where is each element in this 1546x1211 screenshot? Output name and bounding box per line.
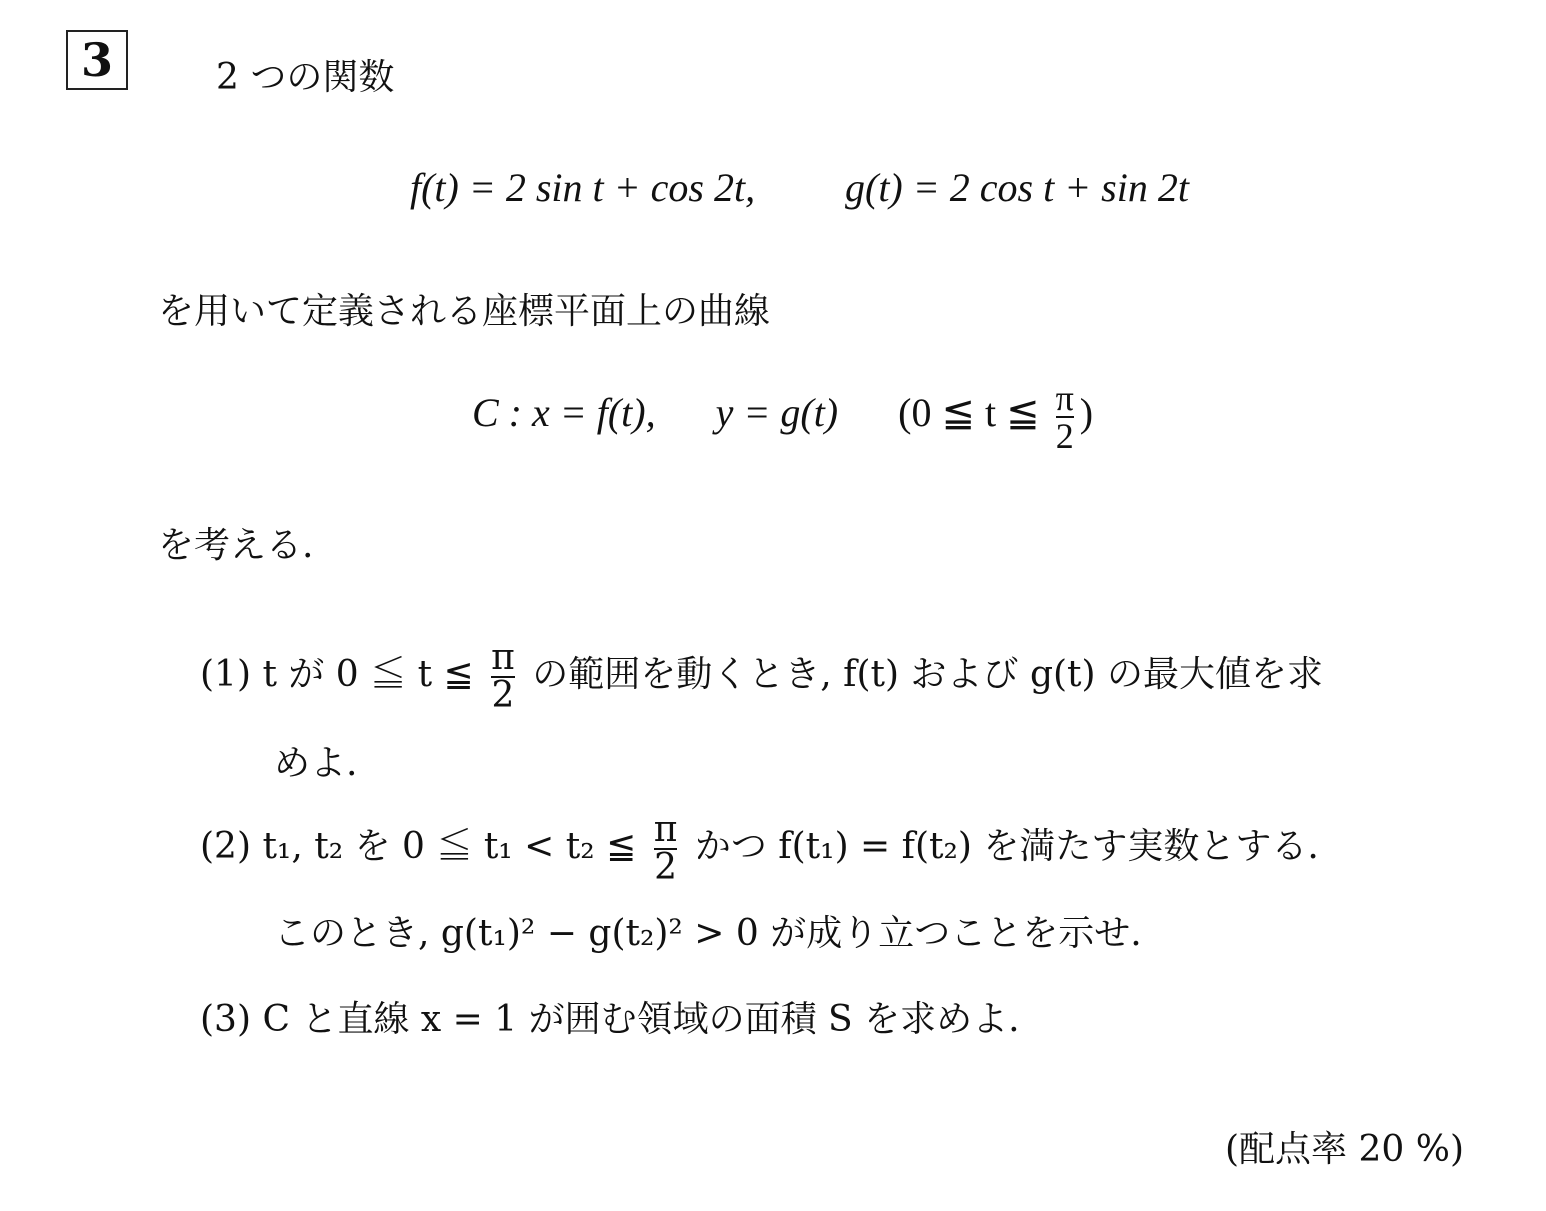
problem-number-box: 3 bbox=[66, 30, 128, 90]
consider-text: を考える. bbox=[158, 524, 313, 568]
part-1: (1) t が 0 ≦ t ≦ π 2 の範囲を動くとき, f(t) および g… bbox=[200, 640, 1323, 714]
part-label: (3) bbox=[200, 999, 251, 1040]
fraction-denominator: 2 bbox=[1056, 416, 1074, 454]
fraction-numerator: π bbox=[1056, 380, 1074, 416]
fraction-numerator: π bbox=[491, 640, 515, 676]
intro-text: 2 つの関数 bbox=[216, 56, 394, 100]
part-2: (2) t₁, t₂ を 0 ≦ t₁ < t₂ ≦ π 2 かつ f(t₁) … bbox=[200, 812, 1319, 886]
fraction-pi-over-2: π 2 bbox=[1056, 380, 1074, 454]
fraction-denominator: 2 bbox=[654, 848, 678, 886]
function-f-definition: f(t) = 2 sin t + cos 2t, bbox=[410, 164, 755, 211]
curve-range: (0 ≦ t ≦ bbox=[898, 390, 1039, 435]
score-note: (配点率 20 %) bbox=[1225, 1128, 1464, 1172]
curve-definition: C : x = f(t), y = g(t) (0 ≦ t ≦ π 2 ) bbox=[472, 380, 1093, 454]
curve-x-eq: C : x = f(t), bbox=[472, 390, 656, 435]
part-label: (1) bbox=[200, 654, 251, 695]
part-3: (3) C と直線 x = 1 が囲む領域の面積 S を求めよ. bbox=[200, 998, 1020, 1042]
curve-range-close: ) bbox=[1080, 390, 1093, 435]
part-label: (2) bbox=[200, 826, 251, 867]
part-2-text: かつ f(t₁) = f(t₂) を満たす実数とする. bbox=[695, 826, 1319, 867]
part-3-text: C と直線 x = 1 が囲む領域の面積 S を求めよ. bbox=[262, 999, 1019, 1040]
part-1-question: f(t) および g(t) の最大値を求 bbox=[843, 654, 1323, 695]
part-1-line2: めよ. bbox=[274, 742, 357, 786]
fraction-pi-over-2: π 2 bbox=[654, 812, 678, 886]
part-2-line2: このとき, g(t₁)² − g(t₂)² > 0 が成り立つことを示せ. bbox=[274, 912, 1142, 956]
part-2-condition: t₁, t₂ を 0 ≦ t₁ < t₂ ≦ bbox=[262, 826, 636, 867]
part-1-condition: t が 0 ≦ t ≦ bbox=[262, 654, 473, 695]
fraction-pi-over-2: π 2 bbox=[491, 640, 515, 714]
curve-y-eq: y = g(t) bbox=[716, 390, 839, 435]
part-1-text: の範囲を動くとき, bbox=[532, 654, 831, 695]
fraction-denominator: 2 bbox=[491, 676, 515, 714]
curve-intro-text: を用いて定義される座標平面上の曲線 bbox=[158, 290, 770, 334]
fraction-numerator: π bbox=[654, 812, 678, 848]
function-g-definition: g(t) = 2 cos t + sin 2t bbox=[845, 164, 1189, 211]
